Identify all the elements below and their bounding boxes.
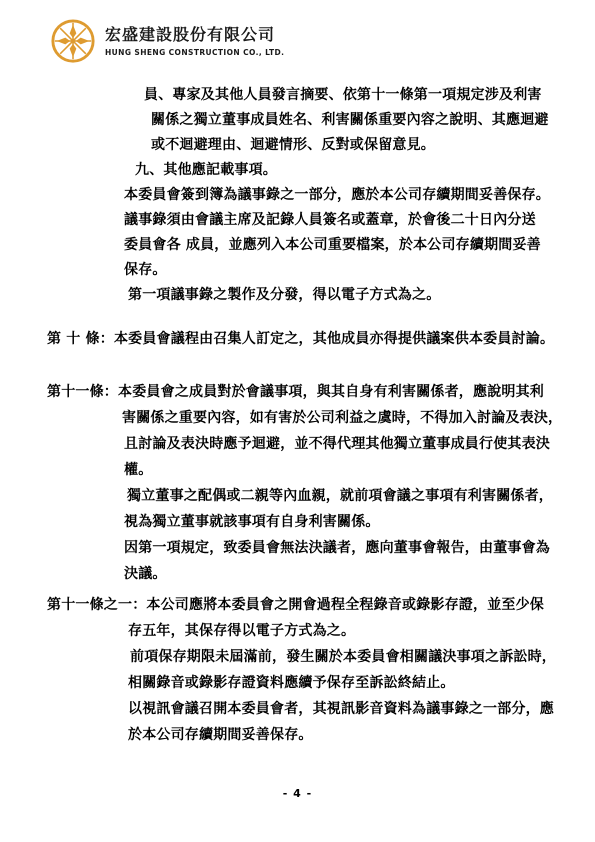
doc-line: 關係之獨立董事成員姓名、利害關係重要內容之說明、其應迴避 [0, 108, 595, 133]
doc-line: 決議。 [0, 561, 595, 587]
compass-wheel-icon [50, 18, 96, 64]
document-page: 宏盛建設股份有限公司 HUNG SHENG CONSTRUCTION CO., … [0, 0, 595, 842]
doc-line: 權。 [0, 457, 595, 483]
doc-line: 於本公司存續期間妥善保存。 [0, 722, 595, 748]
article-11-heading-line: 第十一條：本委員會之成員對於會議事項，與其自身有利害關係者，應說明其利 [0, 379, 595, 405]
company-header: 宏盛建設股份有限公司 HUNG SHENG CONSTRUCTION CO., … [50, 18, 284, 64]
article-11-1-block: 第十一條之一：本公司應將本委員會之開會過程全程錄音或錄影存證，並至少保 存五年，… [0, 592, 595, 748]
article-10-block: 第 十 條：本委員會議程由召集人訂定之，其他成員亦得提供議案供本委員討論。 [0, 326, 595, 352]
company-name-zh: 宏盛建設股份有限公司 [105, 25, 284, 44]
doc-line: 或不迴避理由、迴避情形、反對或保留意見。 [0, 133, 595, 158]
doc-line: 存五年，其保存得以電子方式為之。 [0, 618, 595, 644]
doc-line: 相關錄音或錄影存證資料應續予保存至訴訟終結止。 [0, 670, 595, 696]
doc-line: 以視訊會議召開本委員會者，其視訊影音資料為議事錄之一部分，應 [0, 696, 595, 722]
page-number: - 4 - [0, 787, 595, 800]
doc-line: 視為獨立董事就該事項有自身利害關係。 [0, 509, 595, 535]
doc-line: 且討論及表決時應予迴避，並不得代理其他獨立董事成員行使其表決 [0, 431, 595, 457]
article-11-block: 第十一條：本委員會之成員對於會議事項，與其自身有利害關係者，應說明其利 害關係之… [0, 379, 595, 587]
doc-line: 議事錄須由會議主席及記錄人員簽名或蓋章，於會後二十日內分送 [0, 208, 595, 233]
doc-line: 委員會各 成員，並應列入本公司重要檔案，於本公司存續期間妥善 [0, 233, 595, 258]
doc-line: 本委員會簽到簿為議事錄之一部分，應於本公司存續期間妥善保存。 [0, 183, 595, 208]
doc-line: 因第一項規定，致委員會無法決議者，應向董事會報告，由董事會為 [0, 535, 595, 561]
article-10-heading-line: 第 十 條：本委員會議程由召集人訂定之，其他成員亦得提供議案供本委員討論。 [0, 326, 595, 352]
doc-line: 獨立董事之配偶或二親等內血親，就前項會議之事項有利害關係者， [0, 483, 595, 509]
doc-line: 保存。 [0, 258, 595, 283]
section-9-block: 員、專家及其他人員發言摘要、依第十一條第一項規定涉及利害 關係之獨立董事成員姓名… [0, 83, 595, 308]
doc-line: 第一項議事錄之製作及分發，得以電子方式為之。 [0, 283, 595, 308]
article-11-1-heading-line: 第十一條之一：本公司應將本委員會之開會過程全程錄音或錄影存證，並至少保 [0, 592, 595, 618]
doc-line: 員、專家及其他人員發言摘要、依第十一條第一項規定涉及利害 [0, 83, 595, 108]
doc-line-item-9: 九、其他應記載事項。 [0, 158, 595, 183]
company-names: 宏盛建設股份有限公司 HUNG SHENG CONSTRUCTION CO., … [105, 18, 284, 57]
company-name-en: HUNG SHENG CONSTRUCTION CO., LTD. [105, 48, 284, 57]
doc-line: 害關係之重要內容，如有害於公司利益之虞時，不得加入討論及表決， [0, 405, 595, 431]
doc-line: 前項保存期限未屆滿前，發生關於本委員會相關議決事項之訴訟時， [0, 644, 595, 670]
